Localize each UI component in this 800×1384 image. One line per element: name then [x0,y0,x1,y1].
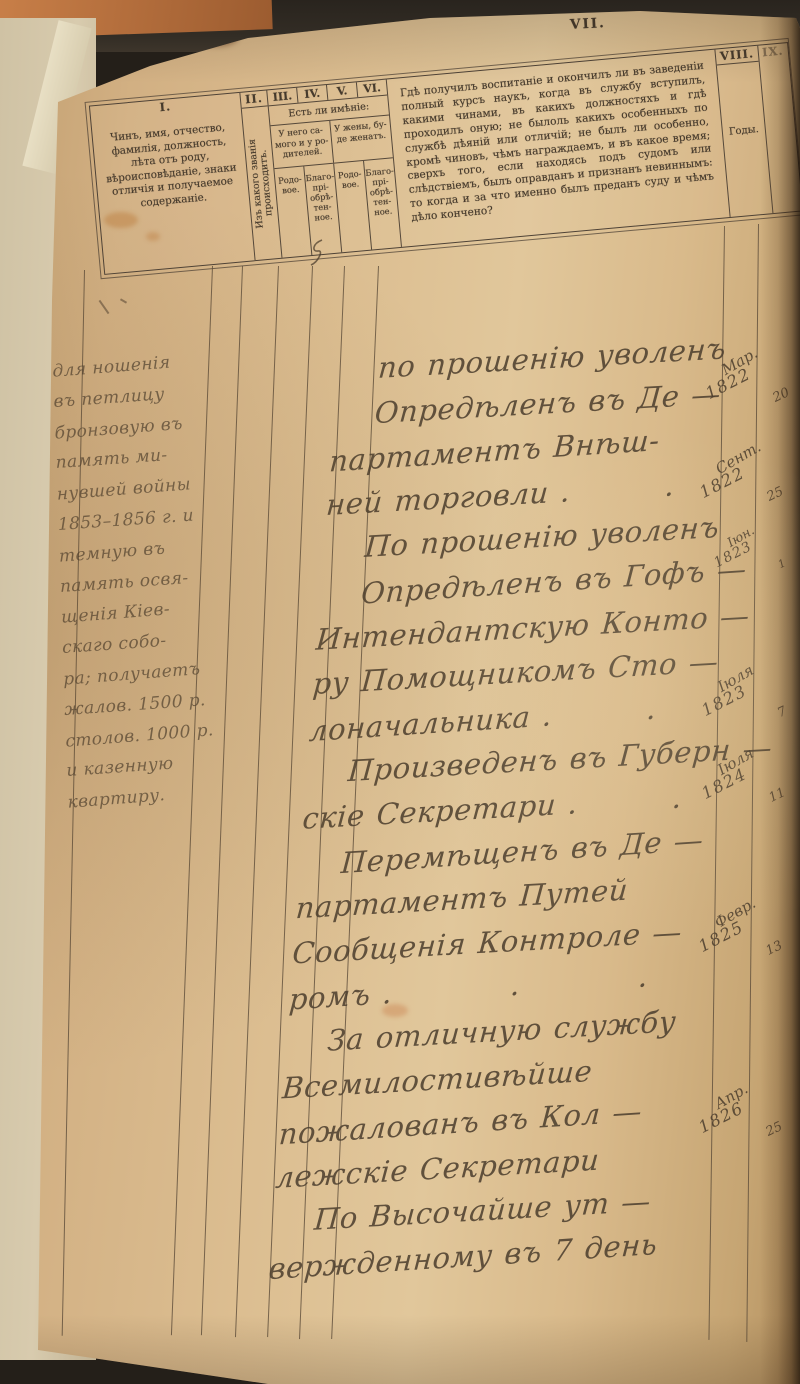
estate-wife-subheader: У жены, бу- де женатъ. [329,115,393,162]
service-record-handwriting: по прошенію уволенъОпредѣленъ въ Де —пар… [267,325,757,1290]
estate-leaf-cells: Родо- вое. Благо- прі- обрѣ- тен- ное. Р… [274,158,401,257]
column-iii-numeral: III. [267,88,297,106]
date-entry: Февр.182513 [695,897,783,985]
date-entry: Іюн.18231 [711,521,786,596]
ink-flourish [306,238,328,268]
date-entry: Мар.182220 [702,344,790,432]
photograph-of-archival-register-page: VII. I. Чинъ, имя, отчество, фамилія, до… [0,0,800,1384]
column-vii-text: Гдѣ получилъ воспитаніе и окончилъ ли въ… [387,50,728,227]
date-entry: Апр.182625 [695,1078,783,1166]
column-i-text: Чинъ, имя, отчество, фамилія, должность,… [91,108,249,215]
date-day: 1 [776,557,788,572]
column-viii-text: Годы. [722,123,765,138]
date-entry: Іюля182411 [698,744,786,832]
column-viii-numeral: VIII. [715,46,758,66]
table-header: I. Чинъ, имя, отчество, фамилія, должнос… [89,42,800,275]
column-i-header: I. Чинъ, имя, отчество, фамилія, должнос… [90,93,255,274]
date-day: 25 [764,1119,785,1140]
date-day: 11 [767,785,788,806]
estate-own-subheader: У него са- мого и у ро- дителей. [271,121,334,168]
column-v-numeral: V. [326,82,357,100]
date-day: 7 [775,704,789,721]
date-day: 13 [764,938,785,959]
left-column-handwriting: для ношеніявъ петлицубронзовую въпамять … [52,343,248,818]
column-vii-header: Гдѣ получилъ воспитаніе и окончилъ ли въ… [386,50,730,247]
date-day: 20 [771,385,792,406]
column-vi-numeral: VI. [356,80,387,98]
ink-mark [99,300,110,314]
estate-columns-header: III. IV. V. VI. Есть ли имѣніе: У него с… [266,80,401,258]
column-iv-numeral: IV. [296,85,327,103]
ink-mark [120,298,127,303]
column-ix-numeral: IX. [758,43,787,60]
register-page: VII. I. Чинъ, имя, отчество, фамилія, до… [0,0,800,1384]
date-day: 25 [765,484,786,505]
page-number: VII. [570,15,607,33]
